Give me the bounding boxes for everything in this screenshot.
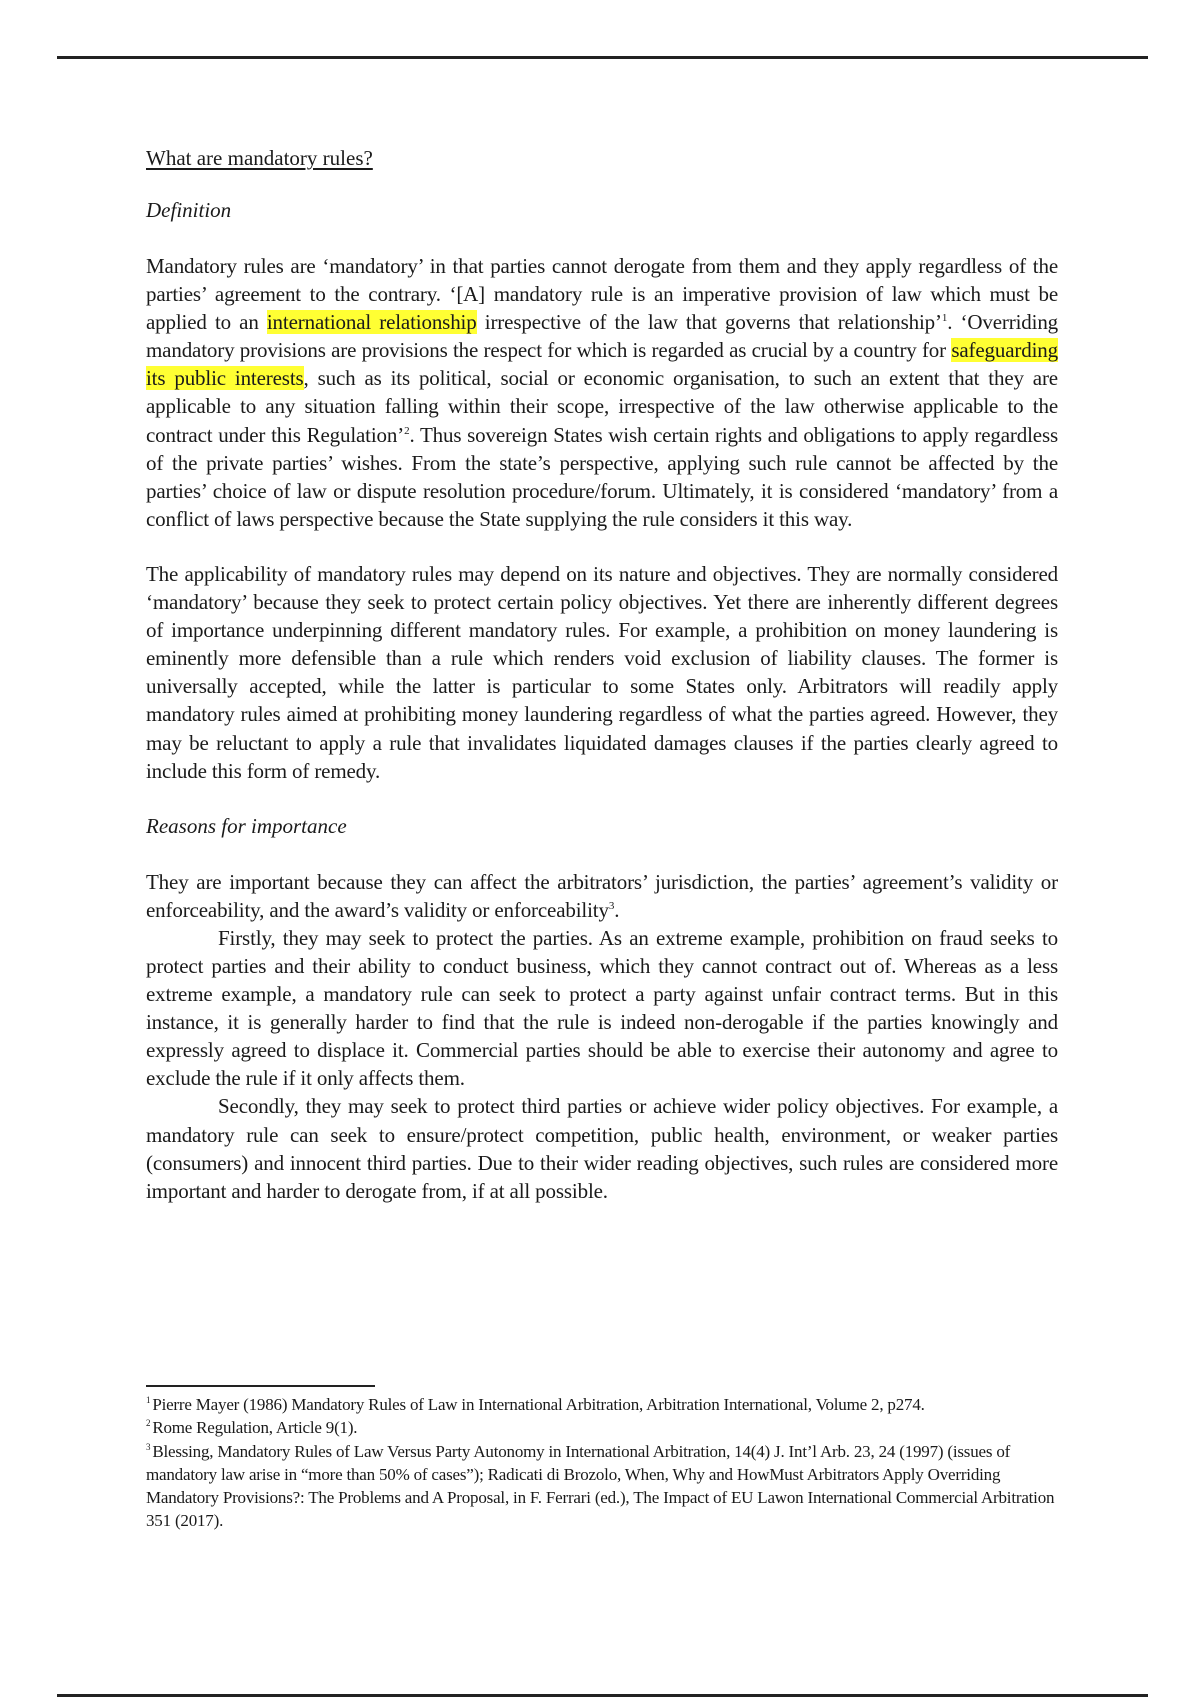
section-subheading: Reasons for importance	[146, 812, 1058, 840]
paragraph: Mandatory rules are ‘mandatory’ in that …	[146, 252, 1058, 533]
text-run: Firstly, they may seek to protect the pa…	[146, 926, 1058, 1090]
text-run: The applicability of mandatory rules may…	[146, 562, 1058, 783]
footer-rule	[57, 1694, 1148, 1697]
text-run: Secondly, they may seek to protect third…	[146, 1094, 1058, 1202]
footnote: 3Blessing, Mandatory Rules of Law Versus…	[146, 1440, 1058, 1533]
document-body: What are mandatory rules? Definition Man…	[146, 144, 1058, 1205]
footnotes: 1Pierre Mayer (1986) Mandatory Rules of …	[146, 1385, 1058, 1533]
page-title: What are mandatory rules?	[146, 144, 1058, 172]
paragraph: Secondly, they may seek to protect third…	[146, 1092, 1058, 1204]
footnote-text: Pierre Mayer (1986) Mandatory Rules of L…	[152, 1395, 924, 1414]
footnote-text: Blessing, Mandatory Rules of Law Versus …	[146, 1442, 1054, 1531]
footnote: 2Rome Regulation, Article 9(1).	[146, 1416, 1058, 1439]
text-run: They are important because they can affe…	[146, 870, 1058, 922]
footnote-separator	[146, 1385, 375, 1387]
section-definition: Definition Mandatory rules are ‘mandator…	[146, 196, 1058, 785]
header-rule	[57, 56, 1148, 59]
paragraph: The applicability of mandatory rules may…	[146, 560, 1058, 785]
footnote-number: 1	[146, 1395, 150, 1405]
text-run: .	[614, 898, 619, 922]
text-run: irrespective of the law that governs tha…	[477, 310, 942, 334]
highlighted-text: international relationship	[267, 310, 477, 334]
paragraph: Firstly, they may seek to protect the pa…	[146, 924, 1058, 1093]
footnote: 1Pierre Mayer (1986) Mandatory Rules of …	[146, 1393, 1058, 1416]
footnote-number: 2	[146, 1418, 150, 1428]
footnote-number: 3	[146, 1442, 150, 1452]
footnote-text: Rome Regulation, Article 9(1).	[152, 1418, 357, 1437]
paragraph: They are important because they can affe…	[146, 868, 1058, 924]
section-reasons-for-importance: Reasons for importance They are importan…	[146, 812, 1058, 1205]
section-subheading: Definition	[146, 196, 1058, 224]
